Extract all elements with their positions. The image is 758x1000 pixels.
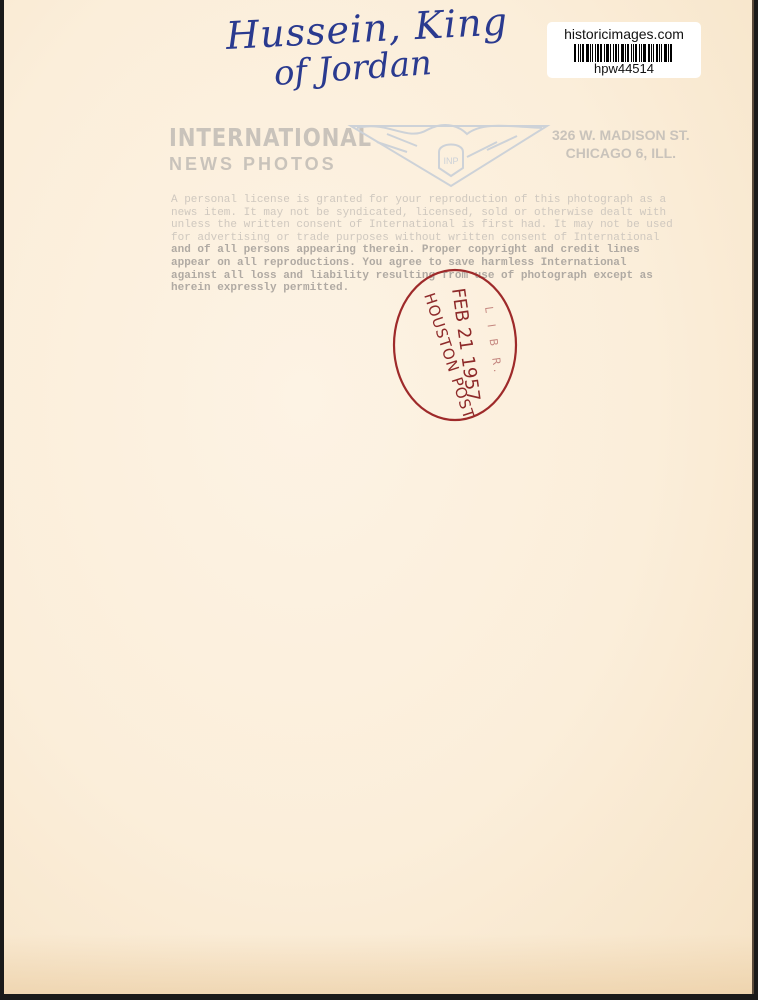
handwritten-caption: Hussein, King of Jordan [226,14,508,94]
barcode-bar [659,44,660,62]
address-line-2: CHICAGO 6, ILL. [552,144,690,162]
barcode-bar [590,44,591,62]
notice-line: A personal license is granted for your r… [171,194,758,207]
agency-address: 326 W. MADISON ST. CHICAGO 6, ILL. [552,126,690,162]
barcode-bar [615,44,617,62]
barcode-bar [648,44,650,62]
barcode-bar [625,44,626,62]
barcode-bar [586,44,589,62]
agency-name-line-1: INTERNATIONAL [169,123,372,152]
svg-text:L I B R.: L I B R. [482,306,505,377]
barcode-bar [600,44,602,62]
barcode-bar [613,44,614,62]
label-code: hpw44514 [547,62,701,75]
address-line-1: 326 W. MADISON ST. [552,126,690,144]
houston-post-date-stamp: HOUSTON POST FEB 21 1957 L I B R. [390,267,520,423]
barcode-bar [597,44,599,62]
barcode-bar [610,44,611,62]
notice-line: unless the written consent of Internatio… [171,219,758,232]
barcode-bar [670,44,672,62]
barcode-bar [664,44,667,62]
barcode-bar [582,44,584,62]
barcode-bar [595,44,596,62]
barcode-bar [604,44,605,62]
paper-stain [4,934,752,994]
barcode-bar [618,44,619,62]
archive-barcode-label: historicimages.com hpw44514 [547,22,701,78]
barcode-bar [641,44,642,62]
winged-logo-icon: INP [347,112,552,190]
barcode-bar [668,44,669,62]
barcode-bar [639,44,640,62]
barcode-bar [621,44,624,62]
barcode-bar [635,44,637,62]
barcode-bar [656,44,658,62]
barcode-bar [653,44,654,62]
barcode-bar [592,44,593,62]
barcode-bar [578,44,579,62]
svg-text:INP: INP [443,156,458,166]
barcode-bar [661,44,662,62]
barcode-bar [643,44,646,62]
barcode-bar [574,44,576,62]
notice-line: for advertising or trade purposes withou… [171,232,758,245]
barcode-bar [651,44,652,62]
barcode-bar [633,44,634,62]
photo-back-paper: Hussein, King of Jordan historicimages.c… [4,0,754,994]
barcode-bar [627,44,629,62]
barcode-bar [606,44,609,62]
barcode-bar [580,44,581,62]
barcode-icon [559,44,689,62]
barcode-bar [631,44,632,62]
label-site: historicimages.com [547,26,701,42]
notice-line: and of all persons appearing therein. Pr… [171,244,758,257]
notice-line: news item. It may not be syndicated, lic… [171,207,758,220]
